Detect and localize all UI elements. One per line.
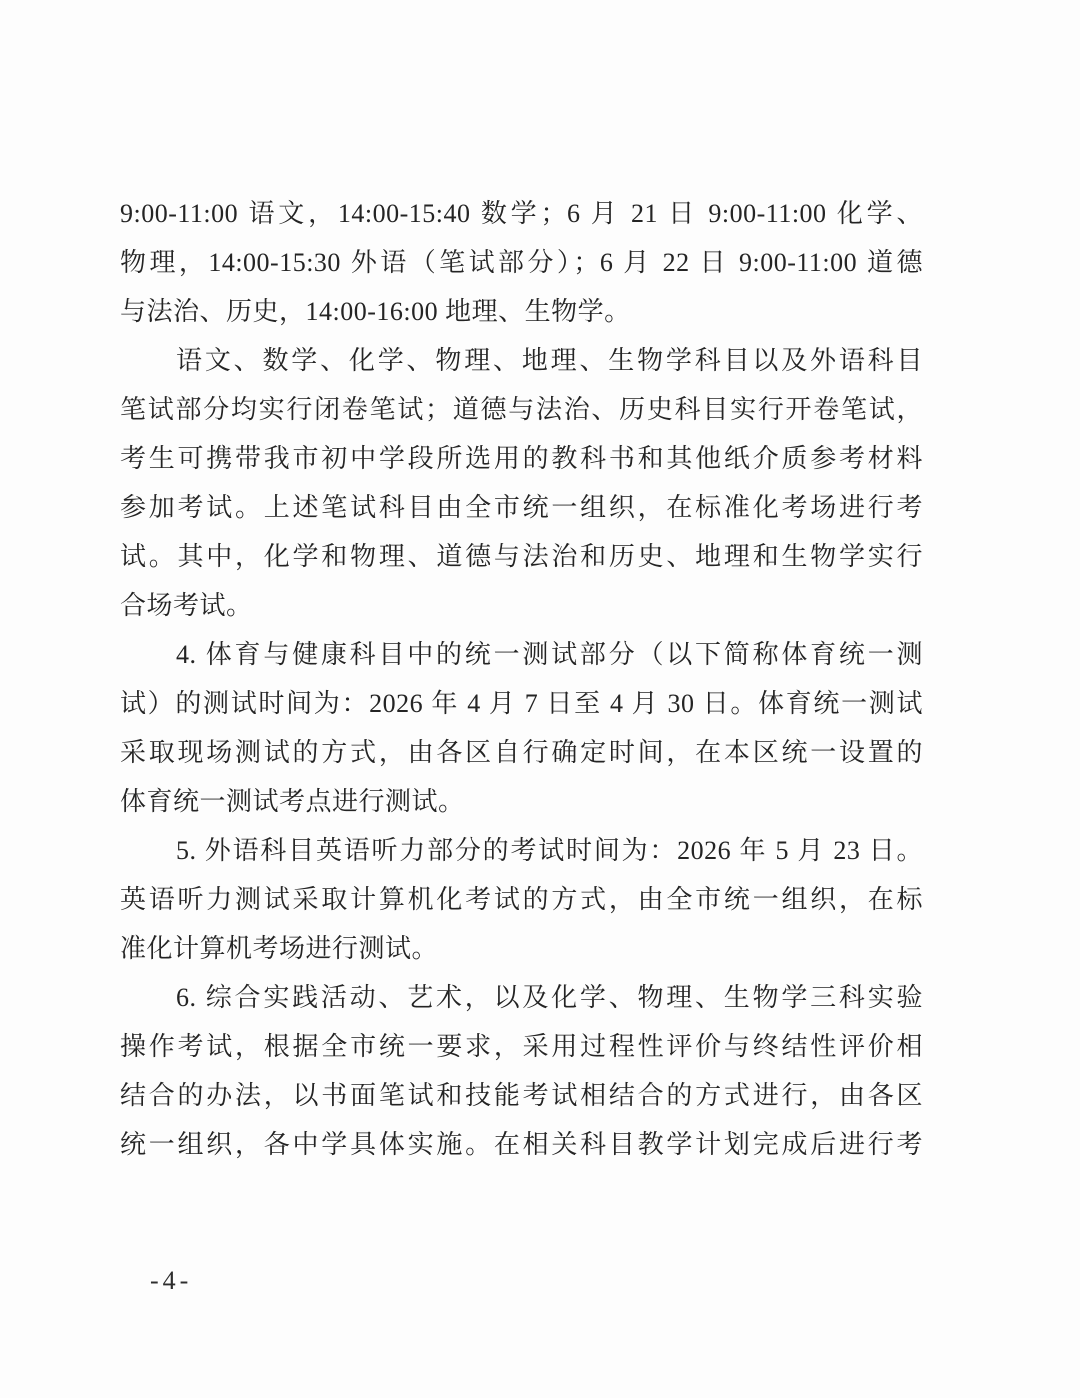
page-number: -4- [150, 1266, 192, 1296]
text-line: 物理，14:00-15:30 外语（笔试部分）；6 月 22 日 9:00-11… [120, 238, 923, 287]
text-line: 操作考试，根据全市统一要求，采用过程性评价与终结性评价相 [120, 1022, 923, 1071]
paragraph-item-4-pe-unified-test: 4. 体育与健康科目中的统一测试部分（以下简称体育统一测试）的测试时间为：202… [120, 630, 923, 826]
text-line: 体育统一测试考点进行测试。 [120, 777, 923, 826]
text-line: 合场考试。 [120, 581, 923, 630]
text-line: 笔试部分均实行闭卷笔试；道德与法治、历史科目实行开卷笔试， [120, 385, 923, 434]
text-line: 参加考试。上述笔试科目由全市统一组织，在标准化考场进行考 [120, 483, 923, 532]
text-line: 结合的办法，以书面笔试和技能考试相结合的方式进行，由各区 [120, 1071, 923, 1120]
paragraph-closed-and-open-book-rules: 语文、数学、化学、物理、地理、生物学科目以及外语科目笔试部分均实行闭卷笔试；道德… [120, 336, 923, 630]
paragraph-item-5-english-listening: 5. 外语科目英语听力部分的考试时间为：2026 年 5 月 23 日。英语听力… [120, 826, 923, 973]
text-line: 试）的测试时间为：2026 年 4 月 7 日至 4 月 30 日。体育统一测试 [120, 679, 923, 728]
text-line: 试。其中，化学和物理、道德与法治和历史、地理和生物学实行 [120, 532, 923, 581]
text-line: 采取现场测试的方式，由各区自行确定时间，在本区统一设置的 [120, 728, 923, 777]
paragraph-written-exam-timetable-continued: 9:00-11:00 语文，14:00-15:40 数学；6 月 21 日 9:… [120, 189, 923, 336]
text-line: 考生可携带我市初中学段所选用的教科书和其他纸介质参考材料 [120, 434, 923, 483]
text-line: 4. 体育与健康科目中的统一测试部分（以下简称体育统一测 [120, 630, 923, 679]
text-line: 9:00-11:00 语文，14:00-15:40 数学；6 月 21 日 9:… [120, 189, 923, 238]
text-line: 6. 综合实践活动、艺术，以及化学、物理、生物学三科实验 [120, 973, 923, 1022]
text-line: 5. 外语科目英语听力部分的考试时间为：2026 年 5 月 23 日。 [120, 826, 923, 875]
body-text: 9:00-11:00 语文，14:00-15:40 数学；6 月 21 日 9:… [120, 189, 923, 1169]
text-line: 与法治、历史，14:00-16:00 地理、生物学。 [120, 287, 923, 336]
text-line: 准化计算机考场进行测试。 [120, 924, 923, 973]
text-line: 语文、数学、化学、物理、地理、生物学科目以及外语科目 [120, 336, 923, 385]
document-page: 9:00-11:00 语文，14:00-15:40 数学；6 月 21 日 9:… [0, 0, 1080, 1398]
text-line: 英语听力测试采取计算机化考试的方式，由全市统一组织，在标 [120, 875, 923, 924]
paragraph-item-6-practice-arts-lab-exams: 6. 综合实践活动、艺术，以及化学、物理、生物学三科实验操作考试，根据全市统一要… [120, 973, 923, 1169]
text-line: 统一组织，各中学具体实施。在相关科目教学计划完成后进行考 [120, 1120, 923, 1169]
